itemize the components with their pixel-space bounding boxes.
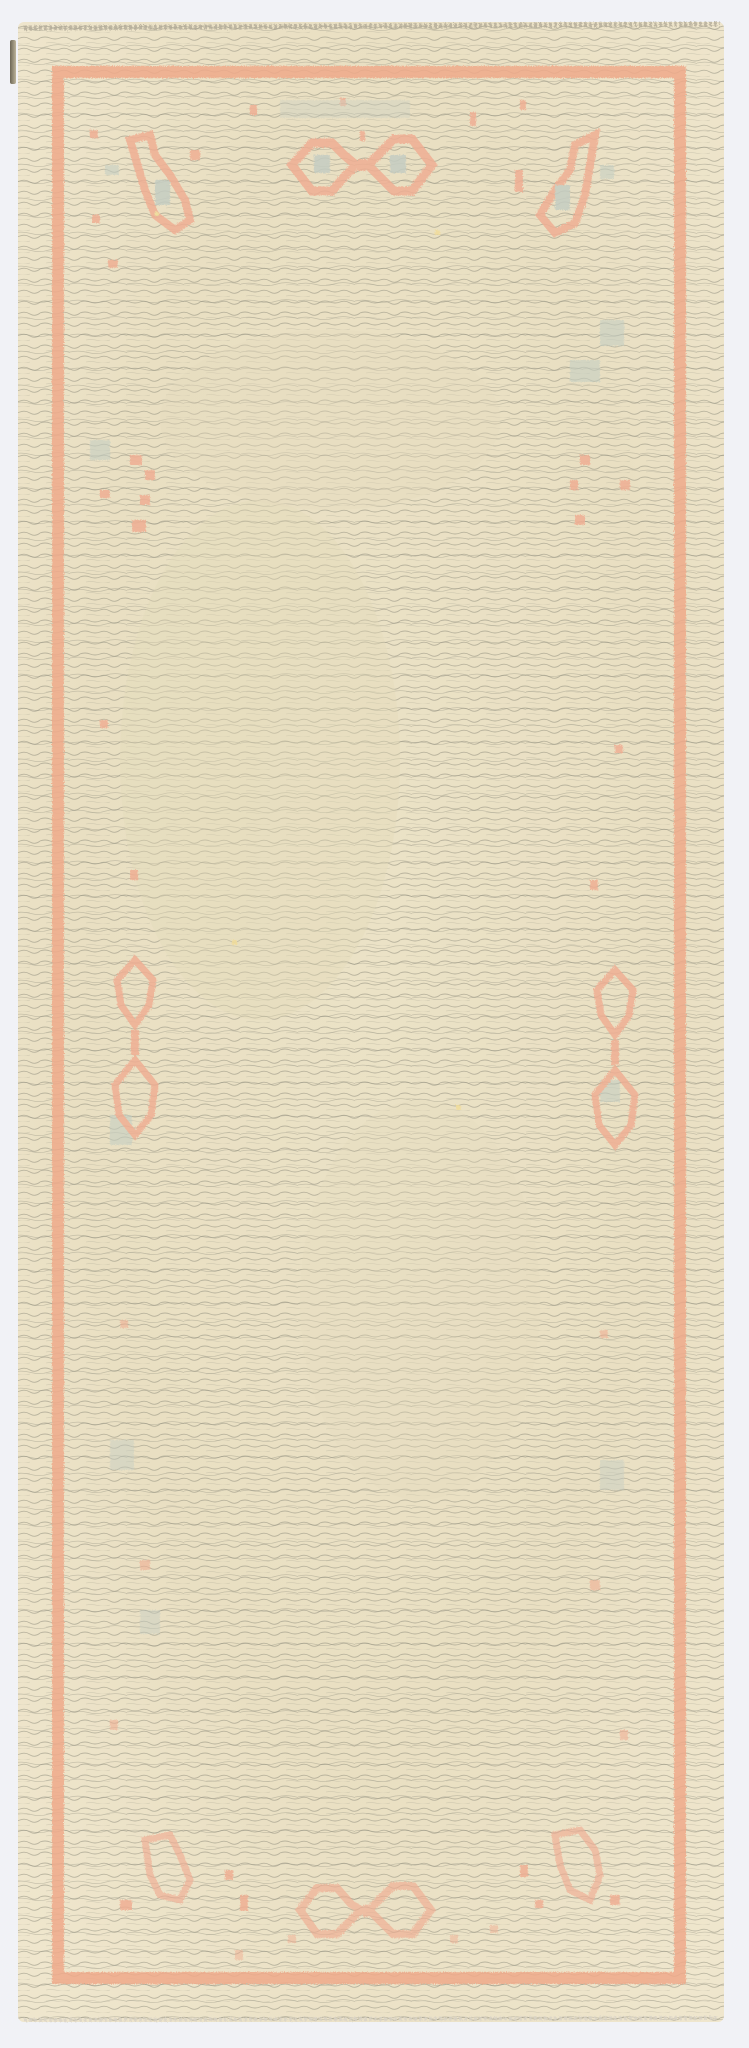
hanging-clip — [10, 40, 16, 84]
rug-illustration — [0, 0, 749, 2048]
rug-photo — [0, 0, 749, 2048]
